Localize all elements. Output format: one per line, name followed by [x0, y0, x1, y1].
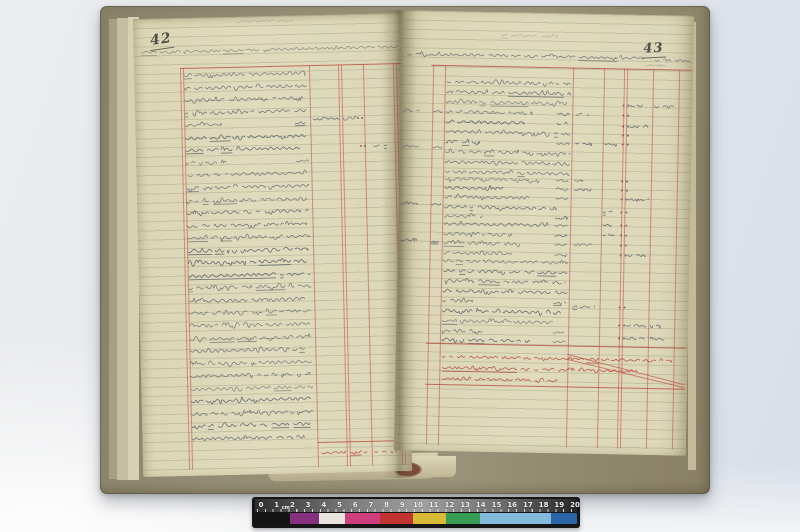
scale-number: 14 [476, 501, 486, 509]
page-stack-edge [117, 18, 128, 480]
handwriting-line [654, 101, 676, 110]
handwriting-line [237, 15, 293, 25]
scale-number: 19 [554, 501, 564, 509]
ledger-column-rule [363, 64, 373, 466]
handwriting-line [502, 30, 558, 40]
scale-number: 13 [460, 501, 470, 509]
handwriting-line [650, 334, 664, 343]
handwriting-line [403, 141, 419, 150]
ledger-dot [623, 325, 625, 327]
scale-number: 3 [306, 501, 311, 509]
color-scale-bar: 01234567891011121314151617181920cm [252, 497, 580, 528]
handwriting-line [407, 48, 643, 63]
handwriting-line [351, 447, 367, 456]
ledger-dot [620, 211, 622, 213]
handwriting-line [573, 302, 595, 311]
ledger-dot [624, 307, 626, 309]
handwriting-line [555, 213, 567, 221]
ledger-dot [621, 198, 623, 200]
scale-number: 10 [413, 501, 423, 509]
ledger-page-right: 43 [394, 10, 694, 456]
scale-number: 11 [429, 501, 439, 509]
ledger-dot [627, 135, 629, 137]
page-stack-edge [109, 19, 117, 479]
handwriting-line [576, 110, 588, 119]
handwriting-line [187, 205, 308, 218]
photo-scene: 42 43 01234567891011121314151617181920cm [0, 0, 800, 532]
handwriting-line [443, 295, 473, 306]
handwriting-line [189, 306, 310, 319]
handwriting-line [553, 337, 565, 345]
handwriting-line [576, 139, 592, 148]
handwriting-line [575, 176, 583, 185]
handwriting-line [189, 293, 308, 306]
ledger-dot [622, 114, 624, 116]
ledger-dot [626, 199, 628, 201]
handwriting-line [628, 251, 646, 260]
handwriting-line [190, 318, 310, 331]
handwriting-line [184, 67, 305, 80]
ledger-page-left: 42 [133, 13, 412, 477]
handwriting-line [191, 381, 313, 394]
handwriting-line [554, 298, 566, 306]
handwriting-line [431, 200, 440, 208]
handwriting-line [374, 140, 390, 149]
handwriting-line [626, 334, 644, 343]
scale-color-segment [480, 513, 551, 524]
scale-number: 2 [290, 501, 295, 509]
ledger-dot [619, 306, 621, 308]
scale-number: 0 [259, 501, 264, 509]
scale-number: 8 [384, 501, 389, 509]
handwriting-line [295, 118, 307, 126]
handwriting-line [630, 101, 642, 110]
handwriting-line [186, 157, 226, 168]
scale-color-segment [290, 513, 318, 524]
handwriting-line [187, 180, 309, 193]
ledger-book: 42 43 [100, 6, 710, 494]
scale-number: 15 [492, 501, 502, 509]
handwriting-line [433, 107, 442, 115]
handwriting-line [557, 139, 569, 147]
handwriting-line [603, 230, 615, 239]
ledger-dot [618, 337, 620, 339]
ledger-dot [627, 126, 629, 128]
ledger-dot [627, 105, 629, 107]
handwriting-line [603, 220, 611, 229]
handwriting-line [603, 207, 613, 216]
handwriting-line [296, 156, 308, 164]
scale-color-segment [345, 513, 379, 524]
ledger-dot [621, 189, 623, 191]
handwriting-line [431, 237, 440, 245]
handwriting-line [192, 406, 313, 419]
scale-number-strip: 01234567891011121314151617181920cm [255, 499, 577, 512]
scale-number: 5 [337, 501, 342, 509]
handwriting-line [557, 119, 569, 127]
handwriting-line [629, 195, 649, 204]
ledger-dot [622, 125, 624, 127]
ledger-dot [361, 117, 363, 119]
ledger-dot [622, 143, 624, 145]
scale-unit-label: cm [282, 505, 290, 511]
handwriting-line [553, 328, 565, 336]
handwriting-line [184, 80, 306, 93]
handwriting-line [322, 447, 346, 457]
handwriting-line [645, 61, 665, 69]
red-closing-line [567, 359, 684, 387]
handwriting-line [555, 231, 567, 239]
ledger-column-rule [426, 65, 434, 445]
ledger-dot [357, 117, 359, 119]
handwriting-line [555, 240, 567, 248]
ledger-dot [622, 134, 624, 136]
handwriting-line [185, 92, 303, 105]
ledger-dot [626, 190, 628, 192]
scale-color-segment [319, 513, 345, 524]
handwriting-line [555, 221, 567, 229]
scale-number: 9 [400, 501, 405, 509]
scale-color-segment [446, 513, 479, 524]
handwriting-line [626, 321, 646, 330]
handwriting-line [403, 105, 419, 114]
handwriting-line [433, 143, 442, 151]
handwriting-line [575, 185, 591, 194]
handwriting-line [192, 431, 304, 444]
ledger-dot [618, 324, 620, 326]
scale-number: 7 [368, 501, 373, 509]
ledger-dot [625, 225, 627, 227]
scale-color-segment [551, 513, 577, 524]
handwriting-line [313, 113, 339, 123]
scale-number: 12 [445, 501, 455, 509]
handwriting-line [188, 168, 306, 181]
handwriting-line [186, 143, 300, 156]
scale-number: 4 [321, 501, 326, 509]
handwriting-line [188, 255, 306, 268]
handwriting-line [574, 240, 592, 249]
handwriting-line [630, 122, 648, 131]
handwriting-line [185, 119, 221, 130]
handwriting-line [185, 130, 305, 143]
ledger-dot [620, 254, 622, 256]
handwriting-line [556, 194, 568, 202]
handwriting-line [605, 139, 617, 148]
ledger-column-rule [597, 68, 605, 448]
scale-color-segment [380, 513, 413, 524]
handwriting-line [190, 343, 308, 356]
handwriting-line [141, 41, 397, 57]
ledger-dot [620, 224, 622, 226]
handwriting-line [650, 321, 660, 330]
ledger-dot [621, 180, 623, 182]
ledger-dot [620, 234, 622, 236]
handwriting-line [556, 176, 568, 184]
handwriting-line [189, 280, 311, 293]
handwriting-line [187, 218, 306, 231]
scale-number: 6 [353, 501, 358, 509]
ledger-dot [360, 145, 362, 147]
scale-color-segment [413, 513, 446, 524]
handwriting-line [191, 356, 312, 369]
scale-color-segment [255, 513, 290, 524]
handwriting-line [190, 331, 312, 344]
ledger-dot [364, 145, 366, 147]
ledger-column-rule [672, 70, 680, 450]
ledger-dot [625, 255, 627, 257]
handwriting-line [185, 105, 306, 118]
handwriting-line [343, 113, 357, 122]
handwriting-line [188, 243, 308, 256]
handwriting-line [401, 198, 417, 207]
ledger-dot [622, 104, 624, 106]
ledger-dot [625, 212, 627, 214]
handwriting-line [189, 268, 310, 281]
ledger-dot [627, 115, 629, 117]
ledger-dot [625, 245, 627, 247]
handwriting-line [191, 393, 311, 406]
handwriting-line [192, 419, 311, 432]
handwriting-line [446, 136, 480, 147]
handwriting-line [556, 185, 568, 193]
scale-number: 18 [539, 501, 549, 509]
handwriting-line [191, 368, 310, 381]
handwriting-line [401, 235, 417, 244]
scale-number: 16 [507, 501, 517, 509]
scale-color-strip [255, 513, 577, 524]
ledger-dot [626, 181, 628, 183]
ledger-dot [625, 235, 627, 237]
ledger-dot [623, 338, 625, 340]
handwriting-line [188, 230, 310, 243]
scale-number: 1 [274, 501, 279, 509]
scale-number: 20 [570, 501, 580, 509]
scale-number: 17 [523, 501, 533, 509]
handwriting-line [187, 193, 307, 206]
ledger-dot [627, 144, 629, 146]
handwriting-line [557, 109, 569, 117]
ledger-dot [620, 244, 622, 246]
